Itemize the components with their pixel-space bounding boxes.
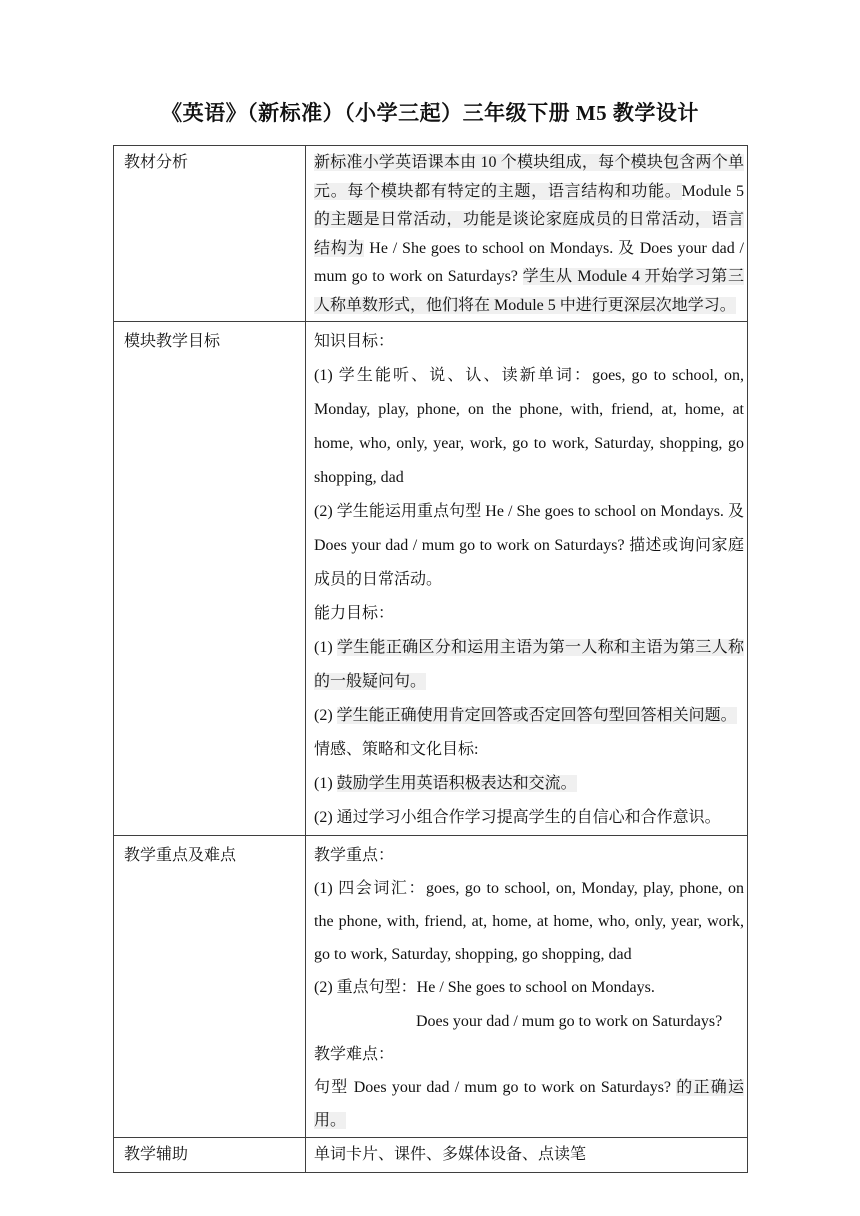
table-row: 教学辅助单词卡片、课件、多媒体设备、点读笔 <box>114 1138 748 1173</box>
text-run: 能力目标： <box>314 605 394 622</box>
text-run: 情感、策略和文化目标: <box>314 741 478 758</box>
paragraph: (2) 学生能运用重点句型 He / She goes to school on… <box>314 495 744 597</box>
paragraph: (1) 学生能正确区分和运用主语为第一人称和主语为第三人称的一般疑问句。 <box>314 631 744 699</box>
paragraph: (1) 学生能听、说、认、读新单词：goes, go to school, on… <box>314 359 744 495</box>
text-run: Module 5 <box>682 183 744 200</box>
paragraph: 能力目标： <box>314 597 744 631</box>
text-run: (1) 学生能听、说、认、读新单词：goes, go to school, on… <box>314 367 744 486</box>
paragraph: (2) 通过学习小组合作学习提高学生的自信心和合作意识。 <box>314 801 744 835</box>
table-row: 教学重点及难点教学重点：(1) 四会词汇：goes, go to school,… <box>114 835 748 1138</box>
row-content: 知识目标：(1) 学生能听、说、认、读新单词：goes, go to schoo… <box>306 321 748 835</box>
paragraph: 知识目标： <box>314 325 744 359</box>
highlighted-text-run: 学生能正确使用肯定回答或否定回答句型回答相关问题。 <box>337 707 737 724</box>
row-label: 教材分析 <box>114 146 306 322</box>
text-run: (2) 重点句型：He / She goes to school on Mond… <box>314 979 655 996</box>
text-run: (2) <box>314 707 337 724</box>
row-label: 模块教学目标 <box>114 321 306 835</box>
highlighted-text-run: 学生能正确区分和运用主语为第一人称和主语为第三人称的一般疑问句。 <box>314 639 744 690</box>
text-run: Does your dad / mum go to work on Saturd… <box>416 1013 722 1030</box>
lesson-plan-table-body: 教材分析新标准小学英语课本由 10 个模块组成，每个模块包含两个单元。每个模块都… <box>114 146 748 1173</box>
paragraph: (1) 四会词汇：goes, go to school, on, Monday,… <box>314 872 744 972</box>
row-label: 教学辅助 <box>114 1138 306 1173</box>
text-run: (2) 通过学习小组合作学习提高学生的自信心和合作意识。 <box>314 809 721 826</box>
text-run: (2) 学生能运用重点句型 He / She goes to school on… <box>314 503 744 588</box>
text-run: 单词卡片、课件、多媒体设备、点读笔 <box>314 1146 586 1163</box>
text-run: (1) <box>314 775 337 792</box>
row-label: 教学重点及难点 <box>114 835 306 1138</box>
row-content: 新标准小学英语课本由 10 个模块组成，每个模块包含两个单元。每个模块都有特定的… <box>306 146 748 322</box>
paragraph: 新标准小学英语课本由 10 个模块组成，每个模块包含两个单元。每个模块都有特定的… <box>314 149 744 321</box>
text-run: 教学难点： <box>314 1046 394 1063</box>
row-content: 教学重点：(1) 四会词汇：goes, go to school, on, Mo… <box>306 835 748 1138</box>
lesson-plan-table: 教材分析新标准小学英语课本由 10 个模块组成，每个模块包含两个单元。每个模块都… <box>113 145 748 1173</box>
text-run: (1) <box>314 639 337 656</box>
text-run: (1) 四会词汇：goes, go to school, on, Monday,… <box>314 880 744 963</box>
paragraph: (1) 鼓励学生用英语积极表达和交流。 <box>314 767 744 801</box>
paragraph: 教学重点： <box>314 839 744 872</box>
document-page: { "page": { "title": "《英语》（新标准）（小学三起）三年级… <box>0 0 860 1216</box>
page-title: 《英语》（新标准）（小学三起）三年级下册 M5 教学设计 <box>0 97 860 127</box>
paragraph: 情感、策略和文化目标: <box>314 733 744 767</box>
row-content: 单词卡片、课件、多媒体设备、点读笔 <box>306 1138 748 1173</box>
paragraph: (2) 学生能正确使用肯定回答或否定回答句型回答相关问题。 <box>314 699 744 733</box>
highlighted-text-run: 新标准小学英语课本由 10 个模块组成，每个模块包含两个单元。每个模块都有特定的… <box>314 154 744 200</box>
table-row: 教材分析新标准小学英语课本由 10 个模块组成，每个模块包含两个单元。每个模块都… <box>114 146 748 322</box>
text-run: 句型 Does your dad / mum go to work on Sat… <box>314 1079 676 1096</box>
text-run: 教学重点： <box>314 847 394 864</box>
paragraph: 单词卡片、课件、多媒体设备、点读笔 <box>314 1141 744 1168</box>
text-run: 知识目标： <box>314 333 394 350</box>
highlighted-text-run: 鼓励学生用英语积极表达和交流。 <box>337 775 577 792</box>
paragraph: (2) 重点句型：He / She goes to school on Mond… <box>314 971 744 1004</box>
paragraph: 句型 Does your dad / mum go to work on Sat… <box>314 1071 744 1137</box>
paragraph: 教学难点： <box>314 1038 744 1071</box>
paragraph: Does your dad / mum go to work on Saturd… <box>314 1005 744 1038</box>
table-row: 模块教学目标知识目标：(1) 学生能听、说、认、读新单词：goes, go to… <box>114 321 748 835</box>
